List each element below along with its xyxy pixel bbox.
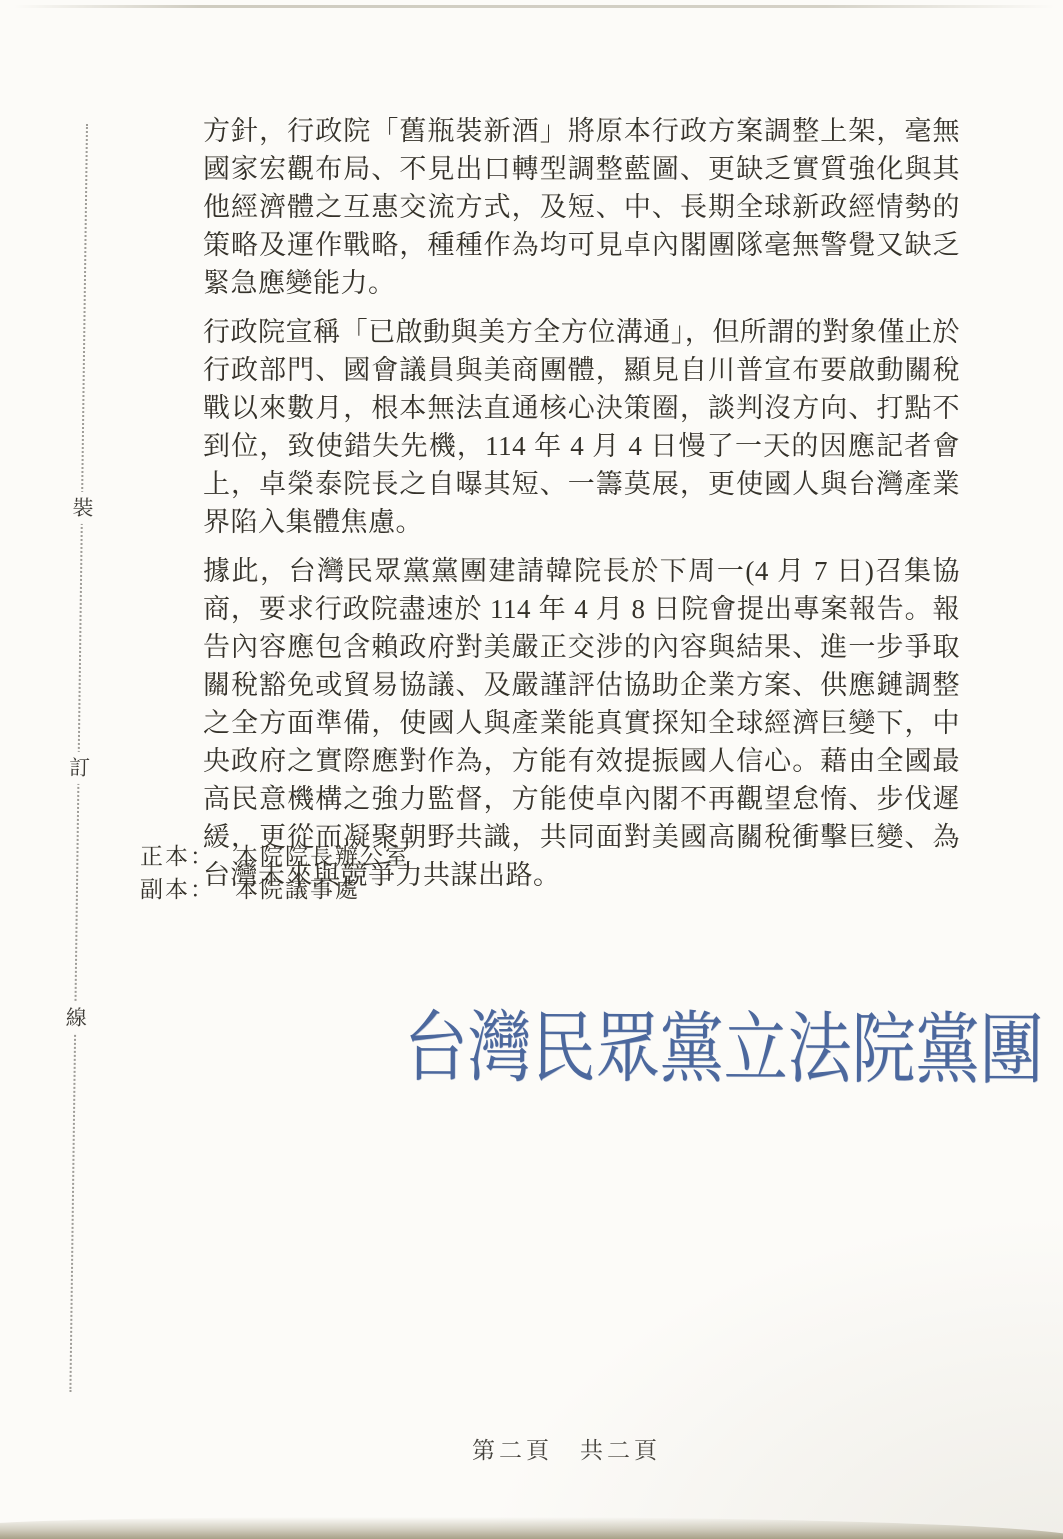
- paragraph-communication-criticism: 行政院宣稱「已啟動與美方全方位溝通」，但所謂的對象僅止於行政部門、國會議員與美商…: [203, 313, 960, 541]
- recipient-row-original: 正本： 本院院長辦公室: [140, 840, 410, 873]
- binding-margin: 裝 訂 線: [57, 124, 102, 1392]
- scan-bottom-edge-artifact: [0, 1517, 1063, 1539]
- paragraph-policy-criticism: 方針，行政院「舊瓶裝新酒」將原本行政方案調整上架，毫無國家宏觀布局、不見出口轉型…: [203, 112, 960, 302]
- recipient-value-copy: 本院議事處: [235, 873, 360, 906]
- binding-mark-ding: 訂: [66, 752, 92, 784]
- recipient-value-original: 本院院長辦公室: [235, 840, 410, 873]
- binding-mark-zhuang: 裝: [70, 492, 96, 524]
- party-caucus-stamp: 台灣民眾黨立法院黨團: [404, 998, 1044, 1101]
- scan-top-edge-artifact: [14, 5, 1055, 8]
- recipient-label-original: 正本：: [140, 840, 215, 873]
- recipient-row-copy: 副本： 本院議事處: [140, 873, 410, 906]
- recipient-label-copy: 副本：: [140, 873, 215, 906]
- binding-mark-xian: 線: [63, 1002, 89, 1034]
- document-body: 方針，行政院「舊瓶裝新酒」將原本行政方案調整上架，毫無國家宏觀布局、不見出口轉型…: [203, 112, 960, 905]
- recipient-block: 正本： 本院院長辦公室 副本： 本院議事處: [140, 840, 410, 906]
- page-number-footer: 第二頁 共二頁: [70, 1432, 1063, 1465]
- scanned-document-page: 裝 訂 線 方針，行政院「舊瓶裝新酒」將原本行政方案調整上架，毫無國家宏觀布局、…: [0, 0, 1063, 1539]
